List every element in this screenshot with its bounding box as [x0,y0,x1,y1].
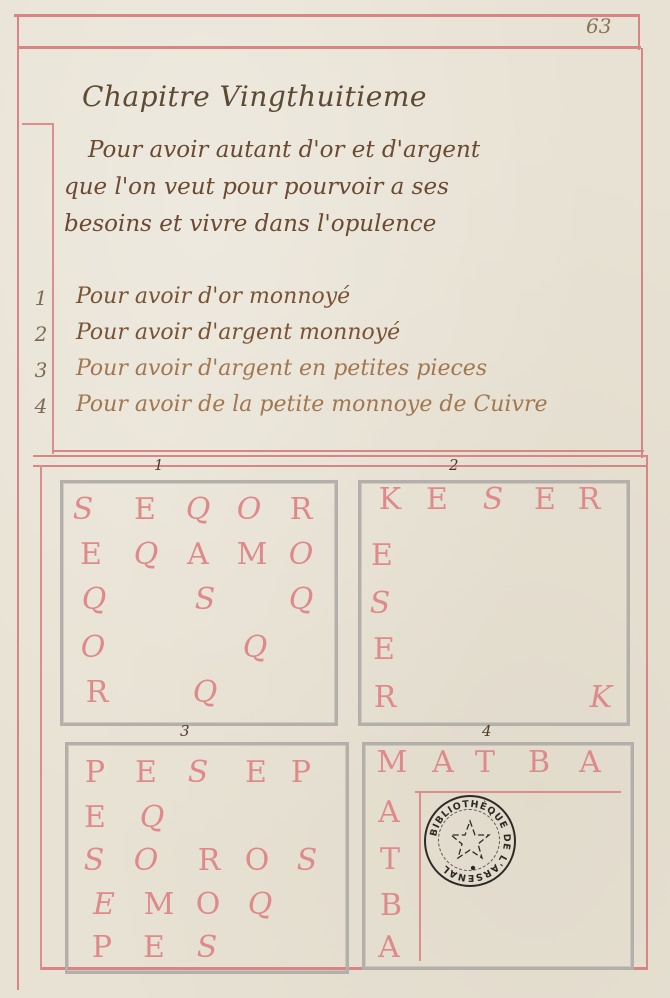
square-letter: S [75,843,113,878]
square-letter: Q [127,537,165,572]
square-letter: R [570,482,608,517]
square-letter: E [72,537,110,572]
chapter-title: Chapitre Vingthuitieme [82,80,427,113]
list-item: 1 Pour avoir d'or monnoyé [30,282,650,318]
list-item: 4 Pour avoir de la petite monnoye de Cui… [30,390,650,426]
square-letter: E [365,632,403,667]
square-letter: S [186,582,224,617]
list-text: Pour avoir d'argent monnoyé [76,320,400,345]
library-stamp: BIBLIOTHÈQUE DE L'ARSENAL [424,795,516,887]
purpose-list: 1 Pour avoir d'or monnoyé 2 Pour avoir d… [30,282,650,426]
square-letter: Q [236,630,274,665]
square-letter: T [371,842,409,877]
square-letter: T [466,745,504,780]
list-text: Pour avoir d'or monnoyé [76,284,350,309]
list-number: 2 [30,322,52,346]
square-letter: R [190,843,228,878]
square-letter: E [418,482,456,517]
intro-line: que l'on veut pour pourvoir a ses [64,169,634,206]
square-letter: P [76,755,114,790]
square-letter: E [237,755,275,790]
square-letter: Q [179,492,217,527]
square-letter: R [366,680,404,715]
square-letter: Q [133,800,171,835]
square-letter: B [372,888,410,923]
square-letter: S [474,482,512,517]
list-number: 1 [30,286,52,310]
list-number: 3 [30,358,52,382]
square-letter: Q [186,675,224,710]
square-letter: M [233,537,271,572]
square-letter: R [282,492,320,527]
square-letter: O [127,843,165,878]
square-letter: A [571,745,609,780]
square-letter: O [230,492,268,527]
chapter-intro: Pour avoir autant d'or et d'argent que l… [64,132,634,243]
square-letter: M [373,745,411,780]
square-letter: A [424,745,462,780]
star-icon: BIBLIOTHÈQUE DE L'ARSENAL [426,797,514,885]
intro-line: besoins et vivre dans l'opulence [64,206,634,243]
square-letter: S [179,755,217,790]
list-number: 4 [30,394,52,418]
square-letter: M [140,887,178,922]
square-letter: E [76,800,114,835]
square-letter: K [582,680,620,715]
square-letter: A [370,795,408,830]
square-letter: E [85,887,123,922]
inner-rule [415,791,621,793]
inner-rule [419,791,421,961]
square-letter: Q [282,582,320,617]
square-letter: O [238,843,276,878]
square-3-label: 3 [180,722,190,740]
square-letter: Q [241,887,279,922]
square-letter: S [288,843,326,878]
stamp-text: BIBLIOTHÈQUE DE L'ARSENAL [428,799,512,883]
square-letter: E [126,492,164,527]
square-letter: A [179,537,217,572]
square-letter: R [78,675,116,710]
square-letter: S [64,492,102,527]
square-letter: E [127,755,165,790]
intro-line: Pour avoir autant d'or et d'argent [64,132,634,169]
square-letter: O [282,537,320,572]
list-item: 3 Pour avoir d'argent en petites pieces [30,354,650,390]
square-4-label: 4 [482,722,492,740]
list-text: Pour avoir d'argent en petites pieces [76,356,487,381]
square-letter: B [520,745,558,780]
list-item: 2 Pour avoir d'argent monnoyé [30,318,650,354]
square-letter: E [135,930,173,965]
square-letter: O [74,630,112,665]
square-letter: E [363,538,401,573]
square-letter: P [83,930,121,965]
square-letter: S [188,930,226,965]
square-2-label: 2 [449,456,459,474]
square-1-label: 1 [154,456,164,474]
square-letter: S [361,586,399,621]
square-letter: K [371,482,409,517]
square-letter: A [370,930,408,965]
square-letter: E [526,482,564,517]
folio-number: 63 [586,14,611,38]
square-letter: O [189,887,227,922]
square-letter: P [282,755,320,790]
square-letter: Q [75,582,113,617]
list-text: Pour avoir de la petite monnoye de Cuivr… [76,392,547,417]
